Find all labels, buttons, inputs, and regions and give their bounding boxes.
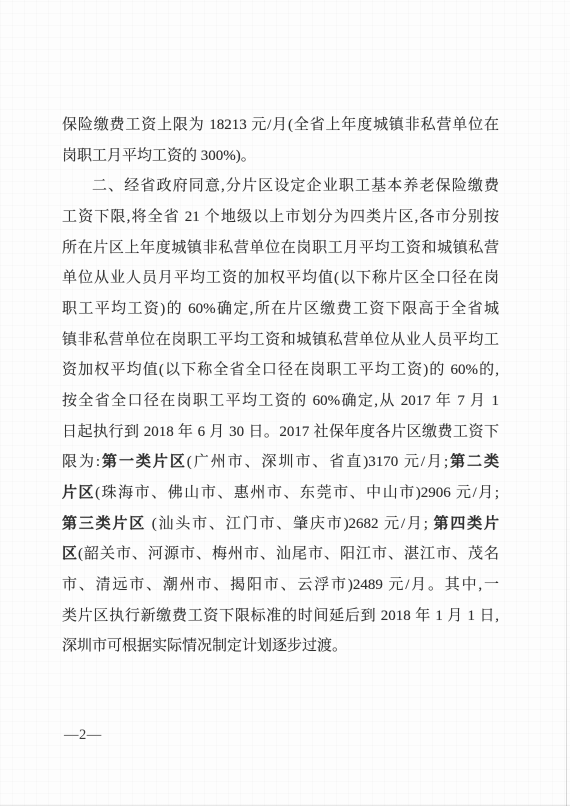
text-line: 片区(珠海市、佛山市、惠州市、东莞市、中山市)2906 元/月; — [62, 478, 499, 509]
text-line: 区(韶关市、河源市、梅州市、汕尾市、阳江市、湛江市、茂名 — [62, 539, 499, 570]
text-line: 日起执行到 2018 年 6 月 30 日。2017 社保年度各片区缴费工资下 — [62, 417, 499, 448]
text-segment: 镇非私营单位在岗职工平均工资和城镇私营单位从业人员平均工 — [62, 332, 499, 348]
text-segment: 职工平均工资)的 60%确定,所在片区缴费工资下限高于全省城 — [62, 301, 499, 317]
text-line: 岗职工月平均工资的 300%)。 — [62, 141, 499, 172]
text-segment: 资加权平均值(以下称全省全口径在岗职工平均工资)的 60%的, — [62, 362, 499, 378]
document-page: 保险缴费工资上限为 18213 元/月(全省上年度城镇非私营单位在岗职工月平均工… — [0, 0, 570, 806]
text-segment: 保险缴费工资上限为 18213 元/月(全省上年度城镇非私营单位在 — [62, 117, 499, 133]
text-segment: (广州市、深圳市、省直)3170 元/月; — [187, 454, 448, 470]
text-line: 所在片区上年度城镇非私营单位在岗职工月平均工资和城镇私营 — [62, 233, 499, 264]
bold-text-segment: 区 — [62, 546, 78, 562]
text-line: 工资下限,将全省 21 个地级以上市划分为四类片区,各市分别按 — [62, 202, 499, 233]
bold-text-segment: 第四类片 — [434, 516, 499, 532]
text-line: 市、清远市、潮州市、揭阳市、云浮市)2489 元/月。其中,一 — [62, 570, 499, 601]
text-segment: 类片区执行新缴费工资下限标准的时间延后到 2018 年 1 月 1 日, — [62, 608, 499, 624]
text-line: 限为:第一类片区(广州市、深圳市、省直)3170 元/月;第二类 — [62, 447, 499, 478]
bold-text-segment: 片区 — [62, 485, 95, 501]
text-line: 镇非私营单位在岗职工平均工资和城镇私营单位从业人员平均工 — [62, 325, 499, 356]
text-segment: 岗职工月平均工资的 300%)。 — [62, 148, 256, 164]
text-line: 类片区执行新缴费工资下限标准的时间延后到 2018 年 1 月 1 日, — [62, 601, 499, 632]
text-segment: 单位从业人员月平均工资的加权平均值(以下称片区全口径在岗 — [62, 270, 499, 286]
bold-text-segment: 第二类 — [448, 454, 499, 470]
text-line: 职工平均工资)的 60%确定,所在片区缴费工资下限高于全省城 — [62, 294, 499, 325]
bold-text-segment: 第一类片区 — [100, 454, 187, 470]
bold-text-segment: 第三类片区 — [62, 516, 146, 532]
text-segment: (汕头市、江门市、肇庆市)2682 元/月; — [146, 516, 433, 532]
text-segment: 工资下限,将全省 21 个地级以上市划分为四类片区,各市分别按 — [62, 209, 499, 225]
text-segment: 所在片区上年度城镇非私营单位在岗职工月平均工资和城镇私营 — [62, 240, 499, 256]
text-segment: 限为: — [62, 454, 100, 470]
text-segment: 按全省全口径在岗职工平均工资的 60%确定,从 2017 年 7 月 1 — [62, 393, 499, 409]
text-segment: 二、经省政府同意,分片区设定企业职工基本养老保险缴费 — [92, 178, 499, 194]
text-segment: (韶关市、河源市、梅州市、汕尾市、阳江市、湛江市、茂名 — [78, 546, 499, 562]
text-line: 保险缴费工资上限为 18213 元/月(全省上年度城镇非私营单位在 — [62, 110, 499, 141]
text-line: 资加权平均值(以下称全省全口径在岗职工平均工资)的 60%的, — [62, 355, 499, 386]
text-segment: 深圳市可根据实际情况制定计划逐步过渡。 — [62, 638, 347, 654]
text-line: 按全省全口径在岗职工平均工资的 60%确定,从 2017 年 7 月 1 — [62, 386, 499, 417]
text-line: 二、经省政府同意,分片区设定企业职工基本养老保险缴费 — [62, 171, 499, 202]
text-segment: 日起执行到 2018 年 6 月 30 日。2017 社保年度各片区缴费工资下 — [62, 424, 499, 440]
text-segment: (珠海市、佛山市、惠州市、东莞市、中山市)2906 元/月; — [95, 485, 499, 501]
document-body-text: 保险缴费工资上限为 18213 元/月(全省上年度城镇非私营单位在岗职工月平均工… — [62, 110, 499, 662]
text-line: 深圳市可根据实际情况制定计划逐步过渡。 — [62, 631, 499, 662]
text-segment: 市、清远市、潮州市、揭阳市、云浮市)2489 元/月。其中,一 — [62, 577, 499, 593]
text-line: 单位从业人员月平均工资的加权平均值(以下称片区全口径在岗 — [62, 263, 499, 294]
scan-edge-right — [566, 0, 567, 806]
text-line: 第三类片区 (汕头市、江门市、肇庆市)2682 元/月; 第四类片 — [62, 509, 499, 540]
page-number: —2— — [64, 727, 102, 744]
